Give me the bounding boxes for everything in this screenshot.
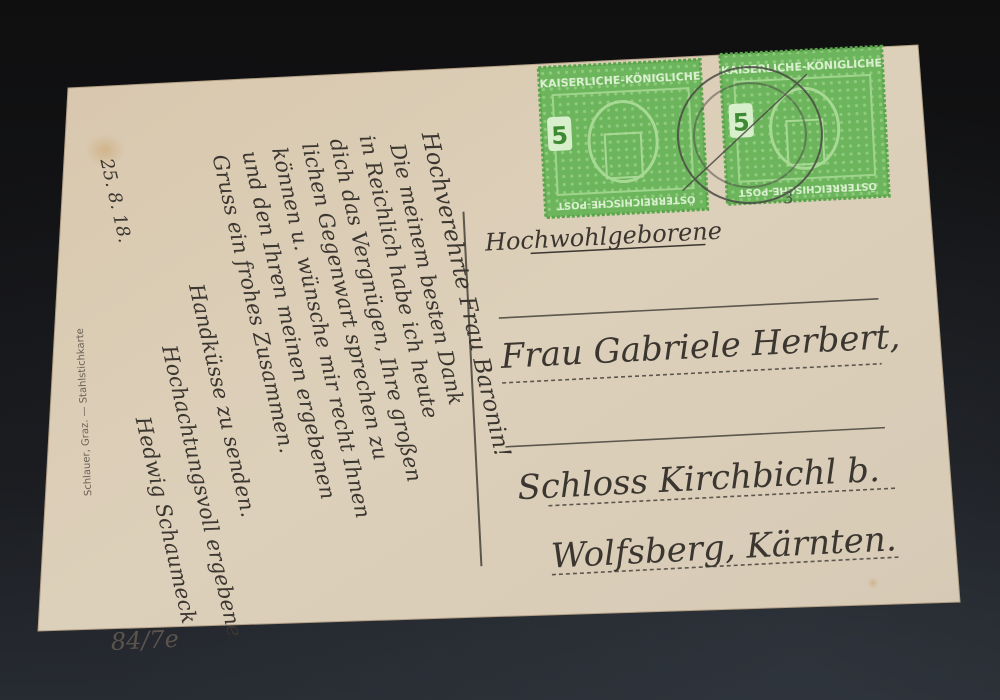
svg-text:5: 5 [732,108,750,137]
postcard: KAISERLICHE-KÖNIGLICHE 5 ÖSTERREICHISCHE… [0,0,1000,700]
svg-text:3: 3 [783,188,794,207]
postage-stamp-1: KAISERLICHE-KÖNIGLICHE 5 ÖSTERREICHISCHE… [538,60,707,218]
svg-text:5: 5 [551,121,569,150]
archive-pencil-note: 84/7e [110,625,179,656]
